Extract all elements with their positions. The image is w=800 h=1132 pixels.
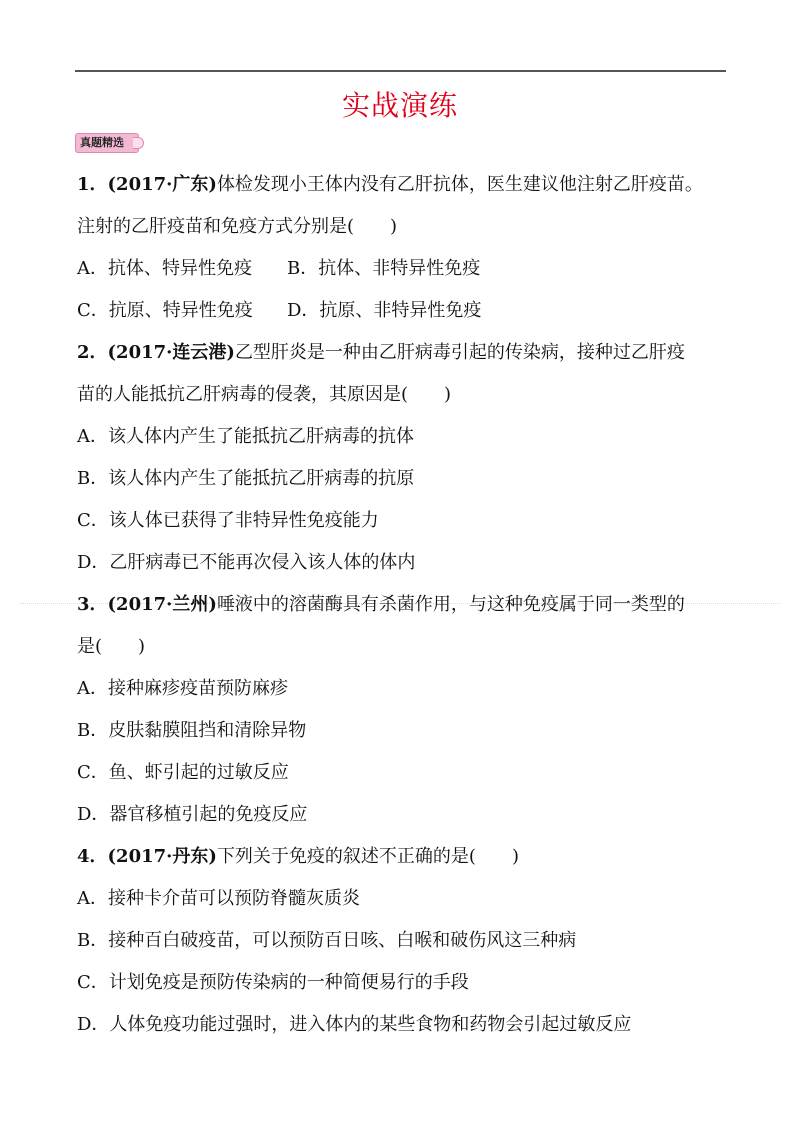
option-a[interactable]: A．接种卡介苗可以预防脊髓灰质炎 <box>77 884 737 926</box>
option-c[interactable]: C．鱼、虾引起的过敏反应 <box>77 758 737 800</box>
question-stem-cont: 苗的人能抵抗乙肝病毒的侵袭，其原因是( ) <box>77 380 737 422</box>
question-stem-cont: 是( ) <box>77 632 737 674</box>
question-1: 1．(2017·广东)体检发现小王体内没有乙肝抗体，医生建议他注射乙肝疫苗。 注… <box>77 170 737 338</box>
question-stem: 4．(2017·丹东)下列关于免疫的叙述不正确的是( ) <box>77 842 737 884</box>
question-stem: 3．(2017·兰州)唾液中的溶菌酶具有杀菌作用，与这种免疫属于同一类型的 <box>77 590 737 632</box>
option-d[interactable]: D．乙肝病毒已不能再次侵入该人体的体内 <box>77 548 737 590</box>
option-a[interactable]: A．接种麻疹疫苗预防麻疹 <box>77 674 737 716</box>
question-2: 2．(2017·连云港)乙型肝炎是一种由乙肝病毒引起的传染病，接种过乙肝疫 苗的… <box>77 338 737 590</box>
option-a[interactable]: A．抗体、特异性免疫 <box>77 254 287 296</box>
page-title: 实战演练 <box>0 84 800 124</box>
option-d[interactable]: D．人体免疫功能过强时，进入体内的某些食物和药物会引起过敏反应 <box>77 1010 737 1052</box>
option-c[interactable]: C．计划免疫是预防传染病的一种简便易行的手段 <box>77 968 737 1010</box>
option-c[interactable]: C．该人体已获得了非特异性免疫能力 <box>77 506 737 548</box>
question-3: 3．(2017·兰州)唾液中的溶菌酶具有杀菌作用，与这种免疫属于同一类型的 是(… <box>77 590 737 842</box>
option-b[interactable]: B．接种百白破疫苗，可以预防百日咳、白喉和破伤风这三种病 <box>77 926 737 968</box>
question-stem-cont: 注射的乙肝疫苗和免疫方式分别是( ) <box>77 212 737 254</box>
option-d[interactable]: D．抗原、非特异性免疫 <box>287 296 481 338</box>
option-c[interactable]: C．抗原、特异性免疫 <box>77 296 287 338</box>
option-a[interactable]: A．该人体内产生了能抵抗乙肝病毒的抗体 <box>77 422 737 464</box>
option-b[interactable]: B．皮肤黏膜阻挡和清除异物 <box>77 716 737 758</box>
option-b[interactable]: B．抗体、非特异性免疫 <box>287 254 480 296</box>
section-badge: 真题精选 <box>75 133 139 153</box>
options-row: C．抗原、特异性免疫D．抗原、非特异性免疫 <box>77 296 737 338</box>
question-stem: 1．(2017·广东)体检发现小王体内没有乙肝抗体，医生建议他注射乙肝疫苗。 <box>77 170 737 212</box>
option-b[interactable]: B．该人体内产生了能抵抗乙肝病毒的抗原 <box>77 464 737 506</box>
header-rule <box>75 70 726 72</box>
options-row: A．抗体、特异性免疫B．抗体、非特异性免疫 <box>77 254 737 296</box>
option-d[interactable]: D．器官移植引起的免疫反应 <box>77 800 737 842</box>
question-4: 4．(2017·丹东)下列关于免疫的叙述不正确的是( ) A．接种卡介苗可以预防… <box>77 842 737 1052</box>
question-stem: 2．(2017·连云港)乙型肝炎是一种由乙肝病毒引起的传染病，接种过乙肝疫 <box>77 338 737 380</box>
question-list: 1．(2017·广东)体检发现小王体内没有乙肝抗体，医生建议他注射乙肝疫苗。 注… <box>77 170 737 1052</box>
